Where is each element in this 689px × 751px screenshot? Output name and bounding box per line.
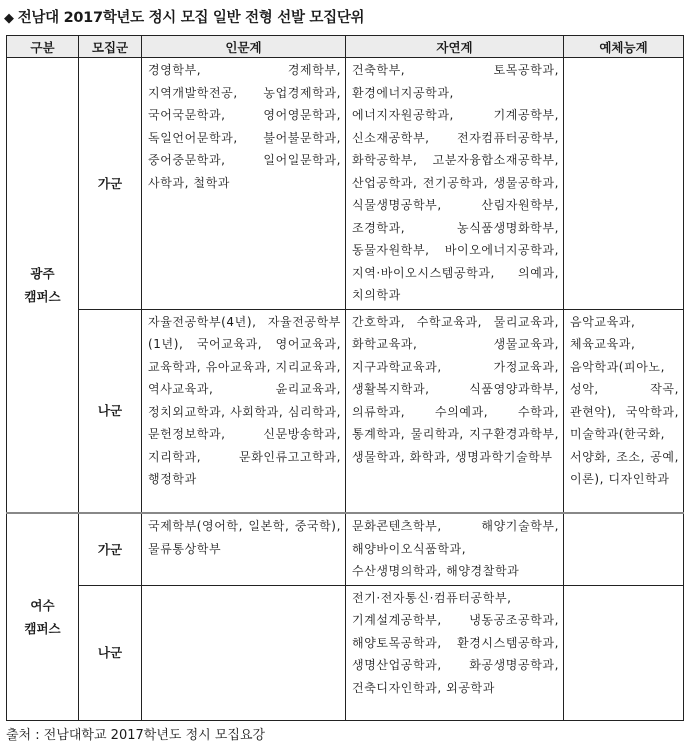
natural-cell: 건축학부, 토목공학과, 환경에너지공학과, 에너지자원공학과, 기계공학부, … (346, 58, 564, 310)
arts-cell (564, 585, 684, 720)
humanities-cell (142, 585, 346, 720)
diamond-bullet-icon: ◆ (4, 11, 14, 26)
natural-cell: 간호학과, 수학교육과, 물리교육과, 화학교육과, 생물교육과, 지구과학교육… (346, 309, 564, 513)
humanities-cell: 자율전공학부(4년), 자율전공학부(1년), 국어교육과, 영어교육과, 교육… (142, 309, 346, 513)
header-group: 모집군 (79, 36, 142, 58)
group-label: 나군 (79, 585, 142, 720)
campus-yeosu: 여수 캠퍼스 (7, 513, 79, 720)
header-humanities: 인문계 (142, 36, 346, 58)
table-row: 광주 캠퍼스 가군 경영학부, 경제학부, 지역개발학전공, 농업경제학과, 국… (7, 58, 684, 310)
admission-units-table: 구분 모집군 인문계 자연계 예체능계 광주 캠퍼스 가군 경영학부, 경제학부… (6, 35, 684, 721)
arts-cell (564, 58, 684, 310)
table-header-row: 구분 모집군 인문계 자연계 예체능계 (7, 36, 684, 58)
humanities-cell: 국제학부(영어학, 일본학, 중국학), 물류통상학부 (142, 513, 346, 585)
table-row: 나군 전기·전자통신·컴퓨터공학부, 기계설계공학부, 냉동공조공학과, 해양토… (7, 585, 684, 720)
campus-name: 여수 (30, 598, 54, 613)
header-arts: 예체능계 (564, 36, 684, 58)
natural-cell: 문화콘텐츠학부, 해양기술학부, 해양바이오식품학과, 수산생명의학과, 해양경… (346, 513, 564, 585)
campus-name: 광주 (30, 266, 54, 281)
arts-cell: 음악교육과, 체육교육과, 음악학과(피아노, 성악, 작곡, 관현악), 국악… (564, 309, 684, 513)
group-label: 가군 (79, 513, 142, 585)
table-row: 여수 캠퍼스 가군 국제학부(영어학, 일본학, 중국학), 물류통상학부 문화… (7, 513, 684, 585)
campus-suffix: 캠퍼스 (24, 621, 60, 636)
table-row: 나군 자율전공학부(4년), 자율전공학부(1년), 국어교육과, 영어교육과,… (7, 309, 684, 513)
natural-cell: 전기·전자통신·컴퓨터공학부, 기계설계공학부, 냉동공조공학과, 해양토목공학… (346, 585, 564, 720)
campus-suffix: 캠퍼스 (24, 289, 60, 304)
arts-cell (564, 513, 684, 585)
page-title: ◆전남대 2017학년도 정시 모집 일반 전형 선발 모집단위 (4, 6, 364, 27)
header-category: 구분 (7, 36, 79, 58)
header-natural: 자연계 (346, 36, 564, 58)
page-title-text: 전남대 2017학년도 정시 모집 일반 전형 선발 모집단위 (18, 10, 365, 26)
campus-gwangju: 광주 캠퍼스 (7, 58, 79, 514)
group-label: 나군 (79, 309, 142, 513)
group-label: 가군 (79, 58, 142, 310)
source-note: 출처 : 전남대학교 2017학년도 정시 모집요강 (6, 724, 265, 743)
humanities-cell: 경영학부, 경제학부, 지역개발학전공, 농업경제학과, 국어국문학과, 영어영… (142, 58, 346, 310)
